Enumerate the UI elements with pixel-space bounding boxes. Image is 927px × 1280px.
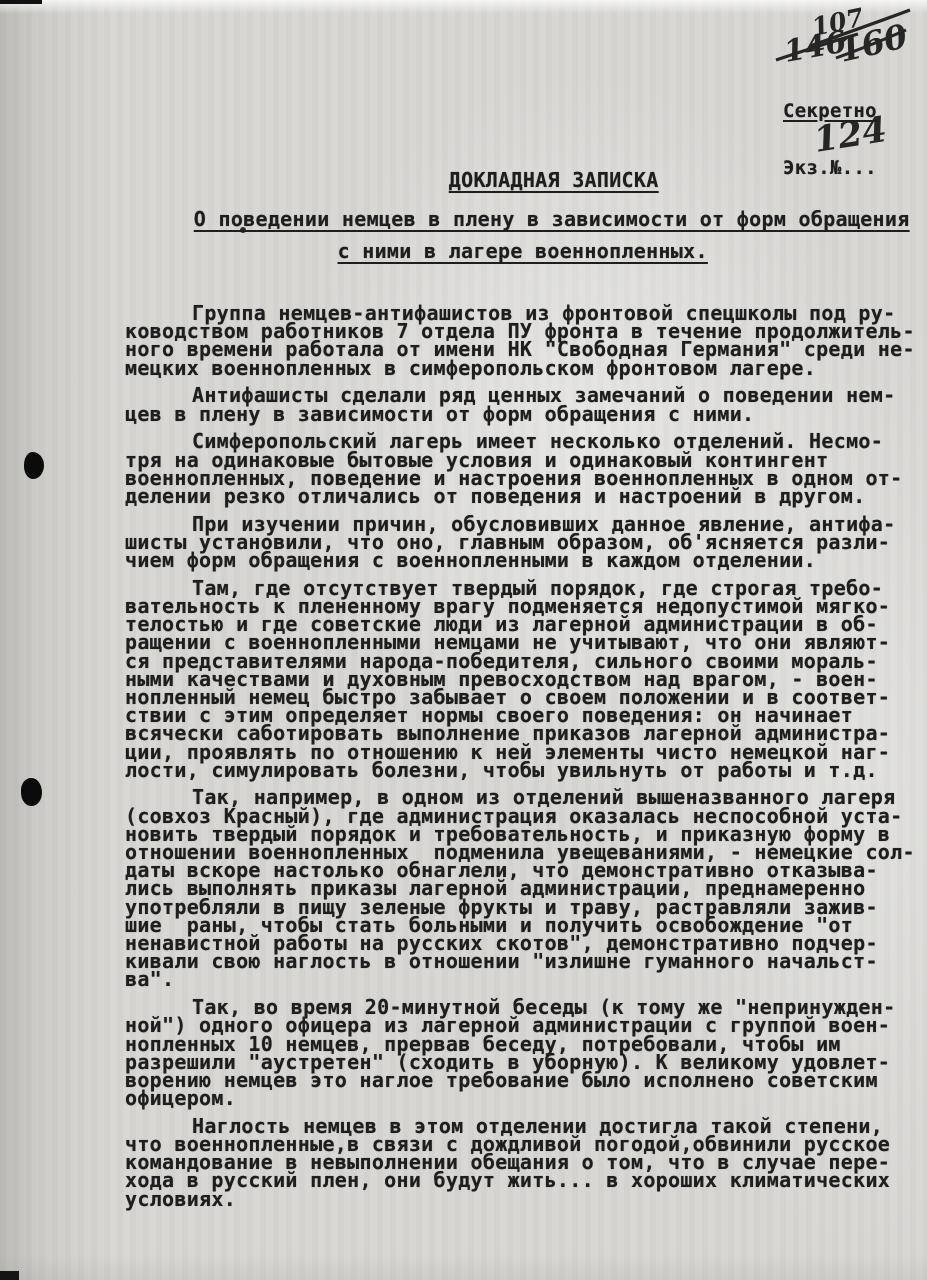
scan-edge-mark-bottom-left xyxy=(0,1271,19,1280)
text-line: цев в плену в зависимости от форм обраще… xyxy=(125,405,925,423)
text-line: хода в русский плен, они будут жить... в… xyxy=(125,1171,925,1189)
text-line: чием форм обращения с военнопленными в к… xyxy=(125,551,925,569)
text-line: делении резко отличались от поведения и … xyxy=(125,487,925,505)
text-line: лости, симулировать болезни, чтобы увиль… xyxy=(125,761,925,779)
text-line: ворению немцев это наглое требование был… xyxy=(125,1071,925,1089)
document-body: Группа немцев-антифашистов из фронтовой … xyxy=(125,304,925,1217)
subtitle-row-2: с ними в лагере военнопленных. xyxy=(125,215,917,287)
text-line: мецких военнопленных в симферопольском ф… xyxy=(125,359,925,377)
text-line: условиях. xyxy=(125,1190,925,1208)
secrecy-stamp: Секретно xyxy=(783,102,877,121)
paragraph: Антифашисты сделали ряд ценных замечаний… xyxy=(125,386,925,422)
paragraph: Так, во время 20-минутной беседы (к тому… xyxy=(125,998,925,1107)
paragraph: Группа немцев-антифашистов из фронтовой … xyxy=(125,304,925,377)
paragraph: Там, где отсутствует твердый порядок, гд… xyxy=(125,579,925,779)
doc-subtitle-line2: с ними в лагере военнопленных. xyxy=(338,239,708,263)
scan-edge-mark-top-left xyxy=(0,0,42,4)
punch-hole-bottom xyxy=(21,778,42,806)
paragraph: Симферопольский лагерь имеет несколько о… xyxy=(125,432,925,505)
text-line: кивали свою наглость в отношении "излишн… xyxy=(125,952,925,970)
paragraph: Наглость немцев в этом отделении достигл… xyxy=(125,1117,925,1208)
paragraph: При изучении причин, обусловивших данное… xyxy=(125,515,925,570)
punch-hole-top xyxy=(24,452,44,479)
scanned-document-page: 107 160 146 124 Секретно Экз.№... ДОКЛАД… xyxy=(0,0,927,1280)
paragraph: Так, например, в одном из отделений выше… xyxy=(125,788,925,988)
text-line: ва". xyxy=(125,970,925,988)
